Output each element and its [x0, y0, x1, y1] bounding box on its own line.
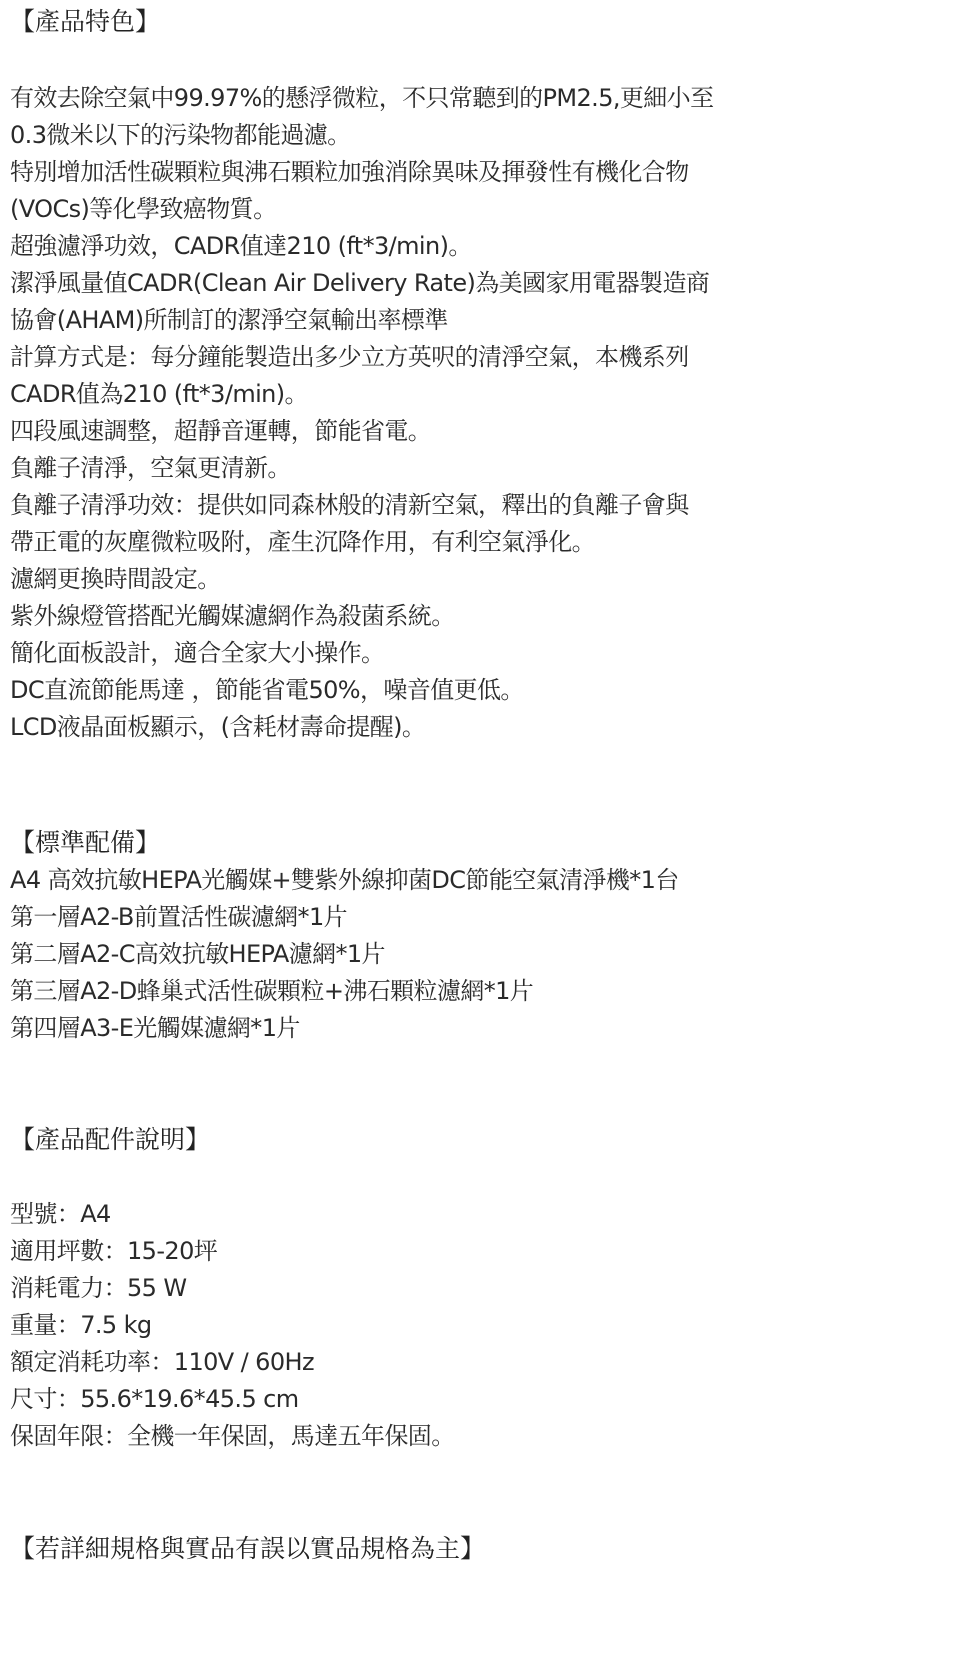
spec-warranty: 保固年限：全機一年保固，馬達五年保固。 — [10, 1420, 455, 1452]
feature-line: 帶正電的灰塵微粒吸附，產生沉降作用，有利空氣淨化。 — [10, 526, 595, 558]
feature-line: LCD液晶面板顯示，(含耗材壽命提醒)。 — [10, 711, 425, 743]
equipment-line: 第二層A2-C高效抗敏HEPA濾網*1片 — [10, 938, 385, 970]
feature-line: 紫外線燈管搭配光觸媒濾網作為殺菌系統。 — [10, 600, 455, 632]
spec-model: 型號：A4 — [10, 1198, 111, 1230]
feature-line: 濾網更換時間設定。 — [10, 563, 221, 595]
feature-line: 有效去除空氣中99.97%的懸浮微粒，不只常聽到的PM2.5,更細小至 — [10, 82, 714, 114]
feature-line: 超強濾淨功效，CADR值達210 (ft*3/min)。 — [10, 230, 472, 262]
spec-area: 適用坪數：15-20坪 — [10, 1235, 217, 1267]
feature-line: 計算方式是：每分鐘能製造出多少立方英呎的清淨空氣，本機系列 — [10, 341, 689, 373]
standard-equipment-heading: 【標準配備】 — [10, 827, 160, 859]
specifications-heading: 【產品配件說明】 — [10, 1124, 210, 1156]
equipment-line: 第四層A3-E光觸媒濾網*1片 — [10, 1012, 300, 1044]
equipment-line: 第三層A2-D蜂巢式活性碳顆粒+沸石顆粒濾網*1片 — [10, 975, 533, 1007]
feature-line: 0.3微米以下的污染物都能過濾。 — [10, 119, 351, 151]
spec-weight: 重量：7.5 kg — [10, 1309, 152, 1341]
spec-power: 消耗電力：55 W — [10, 1272, 187, 1304]
equipment-line: 第一層A2-B前置活性碳濾網*1片 — [10, 901, 347, 933]
feature-line: 簡化面板設計，適合全家大小操作。 — [10, 637, 384, 669]
feature-line: 潔淨風量值CADR(Clean Air Delivery Rate)為美國家用電… — [10, 267, 709, 299]
feature-line: DC直流節能馬達 ，節能省電50%，噪音值更低。 — [10, 674, 524, 706]
feature-line: 協會(AHAM)所制訂的潔淨空氣輸出率標準 — [10, 304, 448, 336]
equipment-line: A4 高效抗敏HEPA光觸媒+雙紫外線抑菌DC節能空氣清淨機*1台 — [10, 864, 679, 896]
features-heading: 【產品特色】 — [10, 6, 160, 38]
feature-line: 負離子清淨功效：提供如同森林般的清新空氣，釋出的負離子會與 — [10, 489, 689, 521]
feature-line: 四段風速調整，超靜音運轉，節能省電。 — [10, 415, 431, 447]
feature-line: CADR值為210 (ft*3/min)。 — [10, 378, 308, 410]
feature-line: 負離子清淨，空氣更清新。 — [10, 452, 291, 484]
spec-dimensions: 尺寸：55.6*19.6*45.5 cm — [10, 1383, 299, 1415]
disclaimer-heading: 【若詳細規格與實品有誤以實品規格為主】 — [10, 1533, 485, 1565]
feature-line: 特別增加活性碳顆粒與沸石顆粒加強消除異味及揮發性有機化合物 — [10, 156, 689, 188]
feature-line: (VOCs)等化學致癌物質。 — [10, 193, 276, 225]
spec-rated-power: 額定消耗功率：110V / 60Hz — [10, 1346, 314, 1378]
